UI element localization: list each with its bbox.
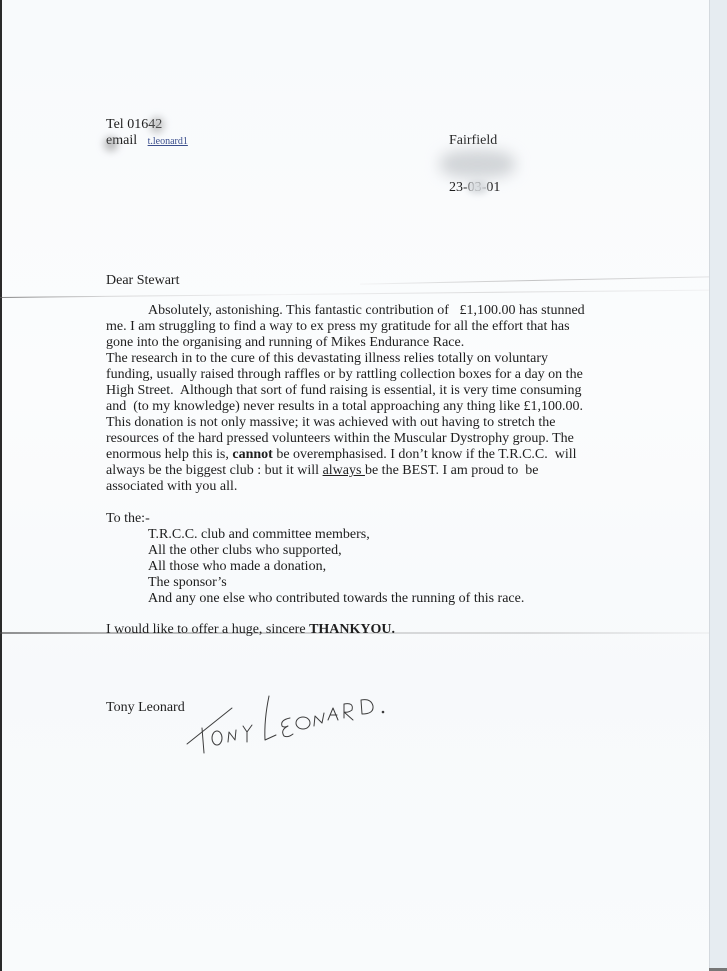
letter-body: Absolutely, astonishing. This fantastic … [106,303,626,495]
text-segment: be the BEST. I am proud to be [365,463,539,478]
bold-thankyou: THANKYOU. [309,622,395,637]
body-line: Absolutely, astonishing. This fantastic … [106,303,626,319]
email-link[interactable]: t.leonard1 [148,136,188,147]
address-line: Fairfield [449,133,497,149]
body-line: me. I am struggling to find a way to ex … [106,319,626,335]
recipient-item: The sponsor’s [148,575,524,591]
email-line: email t.leonard1 [106,133,188,150]
signature-drawing [180,680,440,760]
recipients-intro: To the:- [106,511,150,527]
redaction-smudge-email [104,137,118,151]
body-line: This donation is not only massive; it wa… [106,415,626,431]
text-segment: I would like to offer a huge, sincere [106,622,309,637]
scanner-background [710,0,727,971]
text-segment: always be the biggest club : but it will [106,463,323,478]
body-line: associated with you all. [106,479,626,495]
body-line-underline: always be the biggest club : but it will… [106,463,626,479]
redaction-smudge-tel [150,117,164,133]
closing-line: I would like to offer a huge, sincere TH… [106,622,395,638]
signer-name: Tony Leonard [106,700,185,716]
recipient-item: And any one else who contributed towards… [148,591,524,607]
body-line: High Street. Although that sort of fund … [106,383,626,399]
tel-label: Tel [106,117,124,132]
recipient-item: All the other clubs who supported, [148,543,524,559]
body-line: gone into the organising and running of … [106,335,626,351]
body-line: and (to my knowledge) never results in a… [106,399,626,415]
underlined-always: always [323,463,365,478]
body-line: funding, usually raised through raffles … [106,367,626,383]
body-line: The research in to the cure of this deva… [106,351,626,367]
recipient-item: T.R.C.C. club and committee members, [148,527,524,543]
recipient-item: All those who made a donation, [148,559,524,575]
text-segment: enormous help this is, [106,447,232,462]
text-segment: be overemphasised. I don’t know if the T… [273,447,577,462]
salutation: Dear Stewart [106,273,179,289]
body-line: resources of the hard pressed volunteers… [106,431,626,447]
bold-cannot: cannot [232,447,272,462]
handwritten-signature [180,680,440,760]
body-line-emphasis: enormous help this is, cannot be overemp… [106,447,626,463]
recipients-list: T.R.C.C. club and committee members, All… [148,527,524,607]
redacted-date-part [468,180,488,194]
redacted-address [440,150,515,178]
